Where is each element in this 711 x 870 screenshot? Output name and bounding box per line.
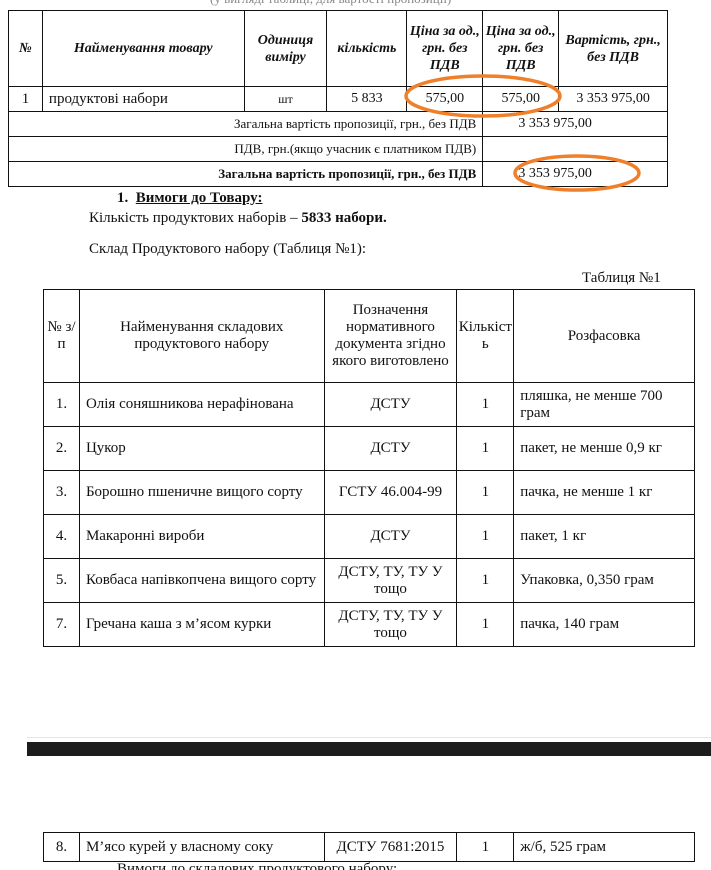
cell-no: 1. xyxy=(44,383,80,427)
col-price2: Ціна за од., грн. без ПДВ xyxy=(483,11,559,87)
cell-no: 2. xyxy=(44,427,80,471)
cut-off-caption: (у вигляді таблиці, для вартості пропози… xyxy=(210,0,451,7)
summary-value xyxy=(483,137,668,162)
cell-unit: шт xyxy=(244,87,327,112)
summary-label: Загальна вартість пропозиції, грн., без … xyxy=(9,112,483,137)
col-no: № з/п xyxy=(44,290,80,383)
cell-name: Цукор xyxy=(79,427,324,471)
cell-qty: 1 xyxy=(457,471,514,515)
cell-pack: пачка, не менше 1 кг xyxy=(514,471,695,515)
table-row: 1 продуктові набори шт 5 833 575,00 575,… xyxy=(9,87,668,112)
cell-no: 1 xyxy=(9,87,43,112)
composition-body-continued: 8.М’ясо курей у власному сокуДСТУ 7681:2… xyxy=(44,833,695,862)
summary-label: ПДВ, грн.(якщо учасник є платником ПДВ) xyxy=(9,137,483,162)
cell-qty: 1 xyxy=(457,833,514,862)
offer-table: № Найменування товару Одиниця виміру кіл… xyxy=(8,10,668,187)
table-row: 3.Борошно пшеничне вищого сортуГСТУ 46.0… xyxy=(44,471,695,515)
cell-no: 3. xyxy=(44,471,80,515)
cell-qty: 5 833 xyxy=(327,87,407,112)
cell-qty: 1 xyxy=(457,383,514,427)
table-row: 5.Ковбаса напівкопчена вищого сортуДСТУ,… xyxy=(44,559,695,603)
composition-body: 1.Олія соняшникова нерафінованаДСТУ1пляш… xyxy=(44,383,695,647)
table-row: 8.М’ясо курей у власному сокуДСТУ 7681:2… xyxy=(44,833,695,862)
cell-pack: пакет, не менше 0,9 кг xyxy=(514,427,695,471)
cell-pack: пачка, 140 грам xyxy=(514,603,695,647)
table-row: 7.Гречана каша з м’ясом куркиДСТУ, ТУ, Т… xyxy=(44,603,695,647)
summary-row: ПДВ, грн.(якщо учасник є платником ПДВ) xyxy=(9,137,668,162)
col-name: Найменування складових продуктового набо… xyxy=(79,290,324,383)
summary-value: 3 353 975,00 xyxy=(483,162,668,187)
quantity-bold: 5833 набори. xyxy=(301,210,386,226)
offer-table-header: № Найменування товару Одиниця виміру кіл… xyxy=(9,11,668,87)
table-row: 4.Макаронні виробиДСТУ1пакет, 1 кг xyxy=(44,515,695,559)
cell-qty: 1 xyxy=(457,515,514,559)
composition-table: № з/п Найменування складових продуктовог… xyxy=(43,289,695,647)
cell-name: Олія соняшникова нерафінована xyxy=(79,383,324,427)
cell-name: Гречана каша з м’ясом курки xyxy=(79,603,324,647)
cell-doc: ГСТУ 46.004-99 xyxy=(324,471,457,515)
summary-label: Загальна вартість пропозиції, грн., без … xyxy=(9,162,483,187)
section-heading: 1. Вимоги до Товару: xyxy=(117,190,262,207)
cell-no: 8. xyxy=(44,833,80,862)
cell-price2: 575,00 xyxy=(483,87,559,112)
cell-no: 4. xyxy=(44,515,80,559)
cell-doc: ДСТУ 7681:2015 xyxy=(324,833,457,862)
summary-row: Загальна вартість пропозиції, грн., без … xyxy=(9,112,668,137)
composition-header: № з/п Найменування складових продуктовог… xyxy=(44,290,695,383)
cell-pack: ж/б, 525 грам xyxy=(514,833,695,862)
cell-name: М’ясо курей у власному соку xyxy=(79,833,324,862)
table-row: 2.ЦукорДСТУ1пакет, не менше 0,9 кг xyxy=(44,427,695,471)
quantity-text: Кількість продуктових наборів – xyxy=(89,210,301,226)
cell-qty: 1 xyxy=(457,427,514,471)
cell-pack: пакет, 1 кг xyxy=(514,515,695,559)
cell-name: продуктові набори xyxy=(42,87,244,112)
cell-pack: Упаковка, 0,350 грам xyxy=(514,559,695,603)
table-caption: Таблиця №1 xyxy=(582,270,661,287)
composition-paragraph: Склад Продуктового набору (Таблиця №1): xyxy=(89,241,366,258)
cell-qty: 1 xyxy=(457,559,514,603)
page-edge xyxy=(27,737,711,738)
col-price1: Ціна за од., грн. без ПДВ xyxy=(407,11,483,87)
section-title: Вимоги до Товару: xyxy=(136,190,263,206)
summary-value: 3 353 975,00 xyxy=(483,112,668,137)
page-break-band xyxy=(27,742,711,756)
col-no: № xyxy=(9,11,43,87)
cell-no: 7. xyxy=(44,603,80,647)
cell-doc: ДСТУ xyxy=(324,515,457,559)
section-number: 1. xyxy=(117,190,128,206)
col-pack: Розфасовка xyxy=(514,290,695,383)
table-row: 1.Олія соняшникова нерафінованаДСТУ1пляш… xyxy=(44,383,695,427)
col-unit: Одиниця виміру xyxy=(244,11,327,87)
summary-row: Загальна вартість пропозиції, грн., без … xyxy=(9,162,668,187)
col-qty: Кількість xyxy=(457,290,514,383)
cell-price1: 575,00 xyxy=(407,87,483,112)
cell-doc: ДСТУ, ТУ, ТУ У тощо xyxy=(324,603,457,647)
col-qty: кількість xyxy=(327,11,407,87)
cell-doc: ДСТУ xyxy=(324,427,457,471)
cut-off-subheading: Вимоги до складових продуктового набору: xyxy=(117,861,397,870)
cell-name: Ковбаса напівкопчена вищого сорту xyxy=(79,559,324,603)
composition-table-continued: 8.М’ясо курей у власному сокуДСТУ 7681:2… xyxy=(43,832,695,862)
col-name: Найменування товару xyxy=(42,11,244,87)
cell-no: 5. xyxy=(44,559,80,603)
cell-qty: 1 xyxy=(457,603,514,647)
cell-doc: ДСТУ xyxy=(324,383,457,427)
col-doc: Позначення нормативного документа згідно… xyxy=(324,290,457,383)
quantity-paragraph: Кількість продуктових наборів – 5833 наб… xyxy=(89,210,387,227)
cell-total: 3 353 975,00 xyxy=(559,87,668,112)
cell-name: Борошно пшеничне вищого сорту xyxy=(79,471,324,515)
cell-pack: пляшка, не менше 700 грам xyxy=(514,383,695,427)
cell-doc: ДСТУ, ТУ, ТУ У тощо xyxy=(324,559,457,603)
col-total: Вартість, грн., без ПДВ xyxy=(559,11,668,87)
cell-name: Макаронні вироби xyxy=(79,515,324,559)
